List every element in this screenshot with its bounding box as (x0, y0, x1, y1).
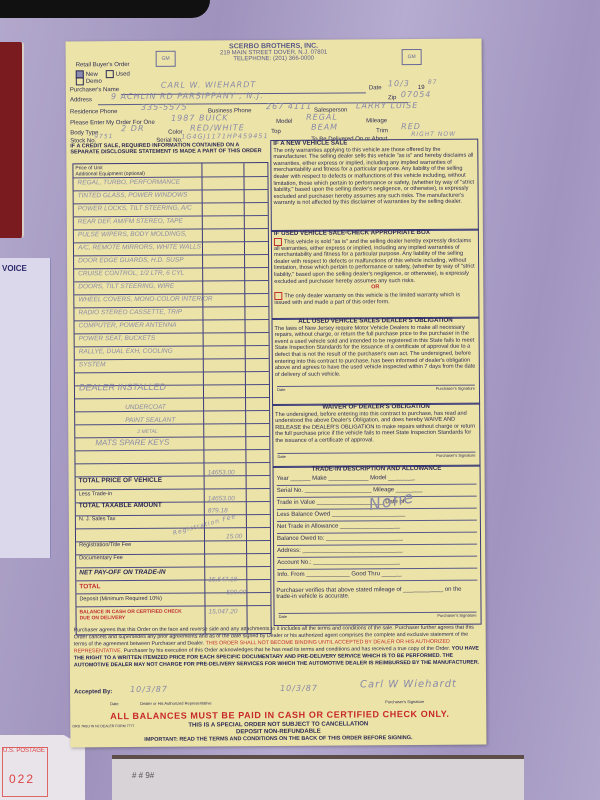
sig-hint: Purchaser's Signature (385, 699, 424, 704)
new-vehicle-text: The only warranties applying to this veh… (273, 146, 475, 207)
dealer-obligation-section: ALL USED VEHICLE SALES DEALER'S OBLIGATI… (271, 317, 480, 406)
signature-date[interactable]: 10/3/87 (280, 684, 318, 693)
paper-card: # # 9# (112, 755, 524, 800)
postage-label: U.S. POSTAGE (3, 748, 45, 754)
balance-due-label: BALANCE IN CASH OR CERTIFIED CHECK DUE O… (80, 609, 190, 622)
date-hint: Date (110, 701, 118, 706)
address-value[interactable]: 9 ACHLIN RD PARSIPPANY , N.J. (111, 91, 264, 101)
postage-meter-stamp: U.S. POSTAGE 022 (2, 747, 48, 797)
top-value[interactable]: BEAM (311, 123, 338, 132)
accepted-by-label: Accepted By: (74, 689, 112, 695)
salesperson-value[interactable]: LARRY LUISE (356, 101, 418, 110)
equipment-item: 2 METAL (137, 429, 158, 435)
checkbox-icon (106, 70, 114, 78)
used-vehicle-section: IF USED VEHICLE SALE-CHECK APPROPRIATE B… (271, 229, 480, 320)
less-trade-in-label: Less Trade-in (79, 491, 112, 497)
date-value[interactable]: 10/3 (388, 79, 410, 88)
total-taxable-value: 14653.00 (208, 495, 235, 502)
equipment-item: RADIO STEREO CASSETTE, TRIP (78, 309, 182, 317)
address-label: Address (70, 97, 92, 103)
sales-tax-label: N. J. Sales Tax (79, 516, 116, 522)
equipment-item: DEALER INSTALLED (79, 382, 166, 393)
total-price-value: 14653.00 (208, 469, 235, 476)
documentary-fee-label: Documentary Fee (79, 555, 123, 561)
invoice-label: VOICE (2, 264, 27, 273)
checkbox-icon (76, 77, 84, 85)
total-price-label: TOTAL PRICE OF VEHICLE (79, 477, 162, 485)
order-type-title: Retail Buyer's Order (76, 62, 130, 68)
equipment-item: DOOR EDGE GUARDS, H.D. SUSP (78, 257, 184, 265)
limited-warranty-checkbox[interactable] (274, 292, 282, 300)
trade-in-section: TRADE-IN DESCRIPTION AND ALLOWANCE Year … (273, 465, 482, 626)
new-vehicle-section: IF A NEW VEHICLE SALE The only warrantie… (270, 139, 479, 232)
checkbox-used[interactable]: Used (106, 70, 130, 78)
balance-due-value: 15,047.20 (209, 608, 238, 615)
total-value: 15,547.18 (208, 576, 237, 583)
signature-hint: Purchaser's Signature (437, 612, 476, 619)
dark-object (0, 0, 210, 18)
deposit-label: Deposit (Minimum Required 10%) (79, 596, 162, 603)
trade-in-none: None (369, 494, 415, 509)
registration-fee-label: Registration/Title Fee (79, 542, 131, 548)
rep-hint: Dealer or His Authorized Representative (140, 700, 211, 705)
waiver-section: WAIVER OF DEALER'S OBLIGATION The unders… (272, 403, 480, 468)
equipment-item: A/C, REMOTE MIRRORS, WHITE WALLS (78, 244, 201, 252)
mileage-verify-text: Purchaser verifies that above stated mil… (276, 586, 478, 601)
color-value[interactable]: RED/WHITE (190, 123, 245, 132)
equipment-item: PAINT SEALANT (125, 417, 175, 424)
equipment-item: MATS SPARE KEYS (95, 438, 169, 448)
credit-sale-notice: IF A CREDIT SALE, REQUIRED INFORMATION C… (70, 142, 266, 155)
date-hint: Date (277, 387, 285, 394)
date-hint: Date (277, 453, 285, 460)
trade-in-year-row[interactable]: Year ______ Make ____________ Model ____… (277, 474, 477, 485)
sales-tax-value: 879.18 (208, 507, 228, 514)
equipment-item: POWER SEAT, BUCKETS (79, 335, 156, 343)
equipment-item: POWER LOCKS, TILT STEERING, A/C (78, 205, 192, 213)
zip-value[interactable]: 07054 (401, 90, 432, 99)
balance-owed-row[interactable]: Balance Owed to: _______________________ (277, 534, 477, 545)
equipment-item: RALLYE, DUAL EXH, COOLING (79, 348, 173, 356)
purchaser-signature[interactable]: Carl W Wiehardt (360, 679, 457, 691)
equipment-item: REAR DEF, AM/FM STEREO, TAPE (78, 218, 183, 226)
stock-value[interactable]: 9751 (94, 133, 113, 140)
equipment-item: DOORS, TILT STEERING, WIRE (78, 283, 174, 291)
trade-in-title: TRADE-IN DESCRIPTION AND ALLOWANCE (274, 466, 480, 474)
top-label: Top (271, 129, 281, 135)
equipment-item: REGAL, TURBO, PERFORMANCE (78, 179, 181, 187)
registration-fee-value: 15.00 (226, 533, 242, 540)
mileage-label: Mileage (366, 118, 387, 124)
checkbox-demo[interactable]: Demo (76, 77, 102, 85)
residence-phone-value[interactable]: 335-5575 (141, 103, 188, 112)
model-label: Model (276, 119, 292, 125)
limited-warranty-text: The only dealer warranty on this vehicle… (274, 292, 460, 306)
model-value[interactable]: REGAL (306, 113, 338, 122)
net-payoff-label: NET PAY-OFF ON TRADE-IN (79, 569, 165, 577)
dealer-obligation-text: The laws of New Jersey require Motor Veh… (275, 324, 477, 378)
card-note: # # 9# (132, 771, 154, 780)
deliver-value[interactable]: RIGHT NOW (411, 131, 456, 138)
postage-value: 022 (9, 772, 35, 786)
net-allowance-row[interactable]: Net Trade in Allowance _________________… (277, 522, 477, 533)
serial-value[interactable]: 1G4GJ1171HP459451 (181, 132, 268, 141)
equipment-item: WHEEL COVERS, MONO-COLOR INTERIOR (78, 295, 212, 303)
total-label: TOTAL (79, 583, 100, 590)
signature-hint: Purchaser's Signature (436, 386, 475, 393)
body-type-value[interactable]: 2 DR (121, 124, 144, 133)
trim-label: Trim (376, 128, 388, 134)
business-phone-value[interactable]: 267 4111 (266, 102, 312, 111)
deposit-value: 500.00 (226, 589, 246, 596)
equipment-item: SYSTEM (79, 361, 106, 368)
info-from-row[interactable]: Info. From _____________ Good Thru _____… (277, 570, 477, 581)
order-value[interactable]: 1987 BUICK (171, 113, 228, 122)
date-hint: Date (279, 614, 287, 621)
residence-phone-label: Residence Phone (70, 109, 117, 115)
terms-footer: Purchaser agrees that this Order on the … (74, 625, 482, 670)
invoice-sheet: VOICE (0, 258, 51, 558)
dealer-header: SCERBO BROTHERS, INC. 219 MAIN STREET DO… (66, 42, 482, 64)
as-is-text: This vehicle is sold "as is" and the sel… (274, 238, 475, 285)
equipment-item: CRUISE CONTROL, 1/2 LTR, 6 CYL (78, 270, 184, 278)
price-table: Price of Unit Additional Equipment (opti… (72, 162, 271, 635)
signature-hint: Purchaser's Signature (436, 452, 475, 459)
equipment-item: UNDERCOAT (125, 404, 166, 411)
equipment-item: TINTED GLASS, POWER WINDOWS (78, 192, 188, 200)
payment-notice: ALL BALANCES MUST BE PAID IN CASH OR CER… (110, 709, 449, 721)
equipment-item: COMPUTER, POWER ANTENNA (79, 322, 177, 330)
date-label: Date (369, 85, 382, 91)
trade-address-row[interactable]: Address: ______________________________ (277, 546, 477, 557)
red-booklet (0, 42, 24, 238)
account-no-row[interactable]: Account No.: __________________________ (277, 558, 477, 569)
equipment-item: PULSE WIPERS, BODY MOLDINGS, (78, 231, 187, 239)
waiver-text: The undersigned, before entering into th… (275, 410, 477, 444)
retail-buyers-order-form: GM GM SCERBO BROTHERS, INC. 219 MAIN STR… (66, 39, 487, 748)
total-taxable-label: TOTAL TAXABLE AMOUNT (79, 502, 162, 510)
as-is-checkbox[interactable] (274, 238, 282, 246)
purchaser-value[interactable]: CARL W. WIEHARDT (161, 80, 256, 90)
accepted-date[interactable]: 10/3/87 (130, 685, 168, 694)
year-value[interactable]: 87 (428, 79, 438, 86)
trim-value[interactable]: RED (401, 122, 421, 131)
